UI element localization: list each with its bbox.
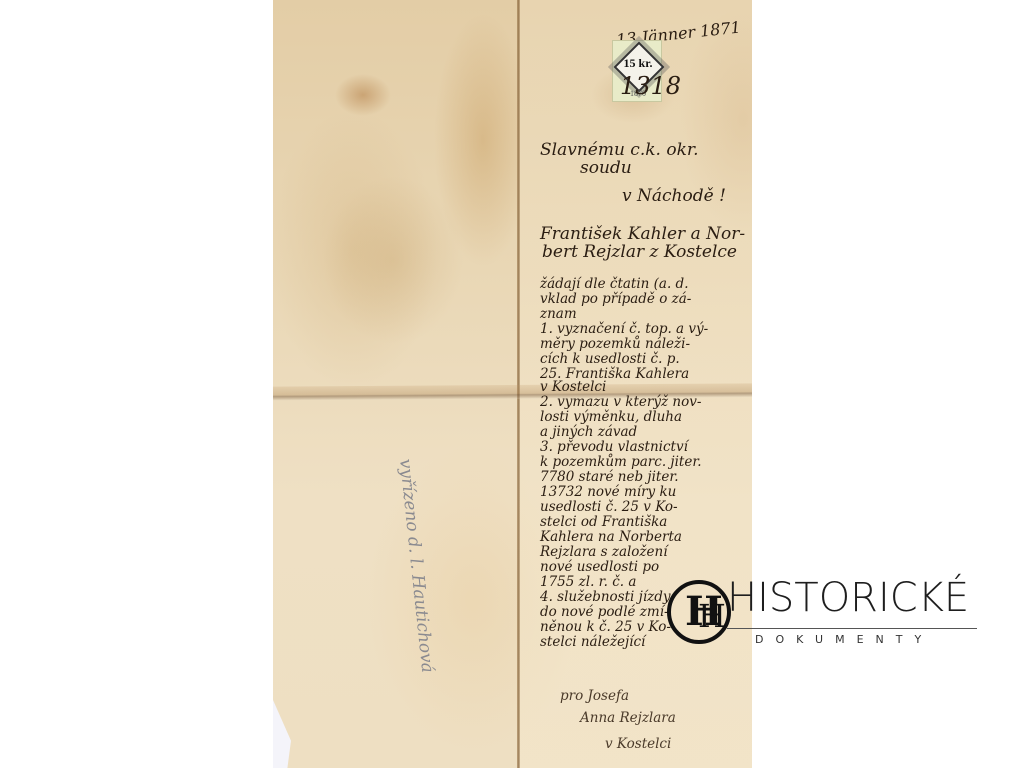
logo-title: HISTORICKÉ — [727, 578, 969, 618]
body-line: měry pozemků náleži- — [540, 338, 690, 352]
body-line: do nové podlé zmí- — [540, 606, 669, 620]
addressee-line-2: soudu — [580, 160, 632, 177]
addressee-line-1: Slavnému c.k. okr. — [540, 142, 699, 159]
body-line: vklad po případě o zá- — [540, 293, 691, 307]
left-page — [273, 0, 517, 768]
body-line: cích k usedlosti č. p. — [540, 353, 680, 367]
signature-line-3: v Kostelci — [605, 738, 671, 752]
logo-divider — [727, 628, 977, 629]
monogram-letter-2: H — [698, 600, 726, 632]
reference-number: 1318 — [620, 72, 681, 100]
signature-line-1: pro Josefa — [560, 690, 629, 704]
stamp-value: 15 kr. — [613, 56, 663, 71]
document-photo — [273, 0, 752, 768]
petitioners-line-1: František Kahler a Nor- — [540, 226, 745, 243]
signature-line-2: Anna Rejzlara — [580, 712, 676, 726]
body-line: 7780 staré neb jiter. — [540, 471, 679, 485]
body-line: 3. převodu vlastnictví — [540, 441, 688, 455]
body-line: 13732 nové míry ku — [540, 486, 676, 500]
body-line: stelci náležející — [540, 636, 645, 650]
historicke-dokumenty-logo: H H HISTORICKÉ DOKUMENTY — [667, 578, 977, 648]
body-line: znam — [540, 308, 577, 322]
monogram-badge-icon: H H — [667, 580, 731, 644]
body-line: a jiných závad — [540, 426, 637, 440]
logo-subtitle: DOKUMENTY — [755, 633, 933, 646]
body-line: žádají dle čtatin (a. d. — [540, 278, 688, 292]
body-line: nové usedlosti po — [540, 561, 659, 575]
body-line: 1755 zl. r. č. a — [540, 576, 636, 590]
body-line: 4. služebnosti jízdy — [540, 591, 671, 605]
body-line: losti výměnku, dluha — [540, 411, 682, 425]
body-line: usedlosti č. 25 v Ko- — [540, 501, 678, 515]
body-line: Kahlera na Norberta — [540, 531, 682, 545]
body-line: 1. vyznačení č. top. a vý- — [540, 323, 708, 337]
body-line: Rejzlara s založení — [540, 546, 668, 560]
body-line: něnou k č. 25 v Ko- — [540, 621, 671, 635]
location-line: v Náchodě ! — [622, 188, 726, 205]
petitioners-line-2: bert Rejzlar z Kostelce — [542, 244, 737, 261]
body-line: 2. vymazu v kterýž nov- — [540, 396, 701, 410]
body-line: stelci od Františka — [540, 516, 667, 530]
body-line: k pozemkům parc. jiter. — [540, 456, 702, 470]
body-line: v Kostelci — [540, 381, 606, 395]
